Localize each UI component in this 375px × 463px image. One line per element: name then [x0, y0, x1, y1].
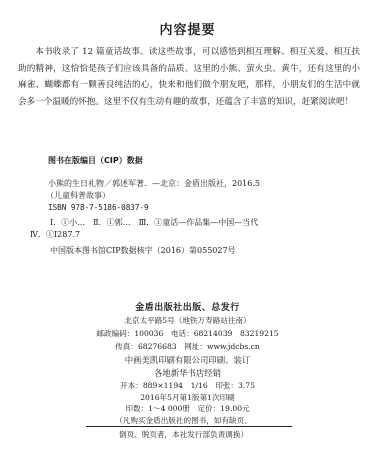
cip-classification: Ⅰ．①小… Ⅱ．①郭… Ⅲ．①童话—作品集—中国—当代 [50, 217, 258, 228]
publisher-heading: 金盾出版社出版、总发行 [0, 300, 375, 313]
summary-text: 本书收录了 12 篇童话故事。读这些故事，可以感悟到相互理解、相互关爱、相互扶助… [18, 44, 360, 110]
cip-number: 中国版本图书馆CIP数据核字（2016）第055027号 [50, 245, 236, 256]
book-edition: 2016年5月第1版第1次印刷 [0, 392, 375, 403]
publisher-fax-website: 传真：68276683 网址：www.jdcbs.cn [0, 341, 375, 352]
cip-isbn: ISBN 978-7-5186-0837-9 [48, 202, 149, 213]
publisher-address: 北京太平路5号（地铁万寿路站往南） [0, 315, 375, 326]
print-count-price: 印数：1～4 000册 定价：19.00元 [0, 403, 375, 414]
book-format: 开本：889×1194 1/16 印张：3.75 [0, 380, 375, 391]
cip-series-line: （儿童科普故事） [46, 190, 110, 201]
publisher-distributor: 各地新华书店经销 [0, 367, 375, 379]
summary-title: 内容提要 [0, 19, 375, 38]
publisher-postal-phone: 邮政编码：100036 电话：68214039 83219215 [0, 328, 375, 339]
divider-line [86, 426, 292, 427]
cip-heading: 图书在版编目（CIP）数据 [48, 155, 143, 166]
cip-title-line: 小熊的生日礼物／郭述军著．—北京：金盾出版社，2016.5 [48, 178, 260, 189]
replacement-notice-2: 倒页、脱页者，本社发行部负责调换） [0, 429, 371, 440]
summary-paragraph: 本书收录了 12 篇童话故事。读这些故事，可以感悟到相互理解、相互关爱、相互扶助… [18, 44, 360, 110]
replacement-notice-1: （凡购买金盾出版社的图书，如有缺页、 [0, 415, 371, 426]
publisher-printer: 中画美凯印刷有限公司印刷、装订 [0, 354, 375, 366]
cip-classification-2: Ⅳ．①I287.7 [30, 229, 80, 240]
